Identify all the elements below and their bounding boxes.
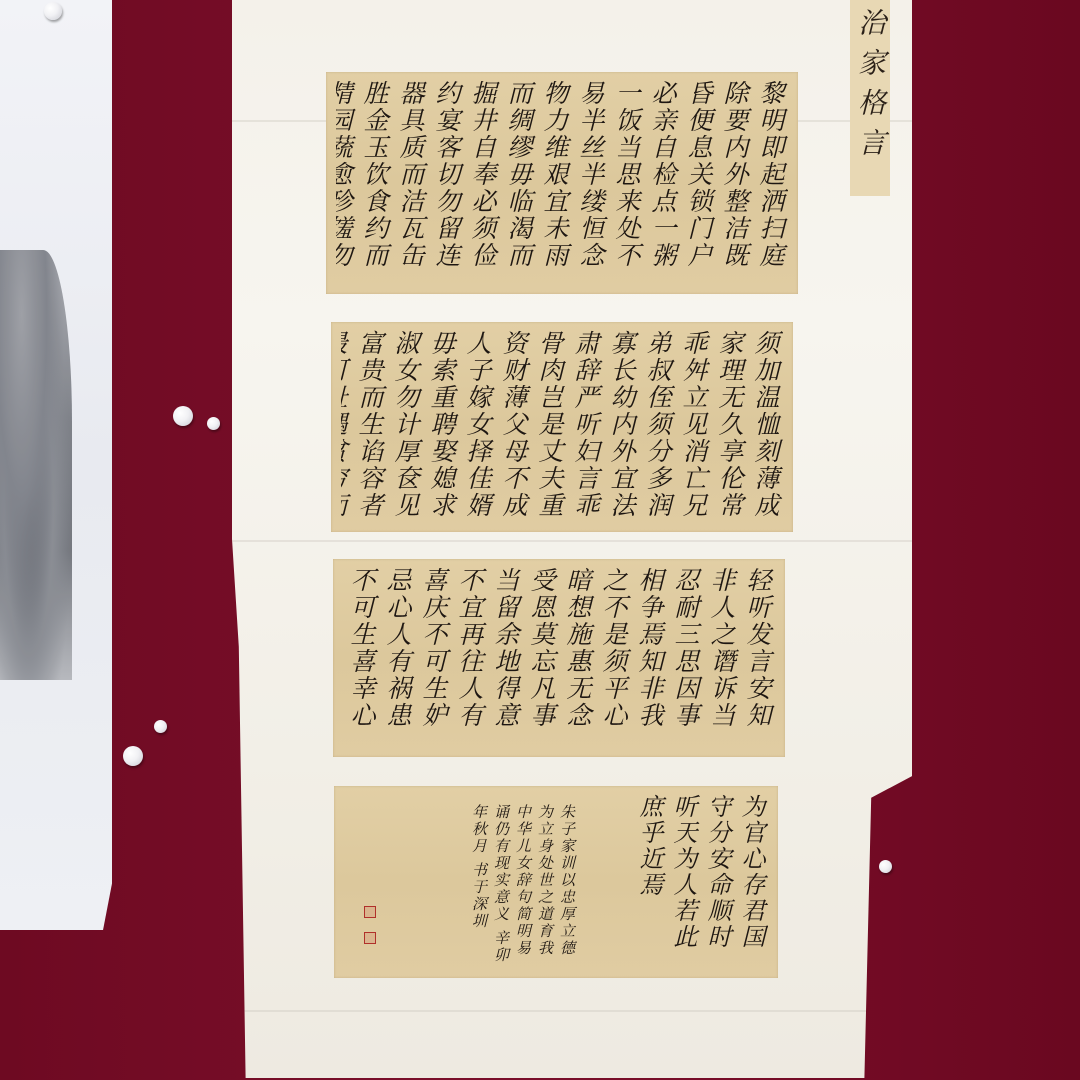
calligraphy-panel-2: 须加温恤刻薄成家理无久享伦常乖舛立见消亡兄弟叔侄须分多润寡长幼内外宜法肃辞严听妇… bbox=[331, 322, 793, 532]
panel-2-text: 须加温恤刻薄成家理无久享伦常乖舛立见消亡兄弟叔侄须分多润寡长幼内外宜法肃辞严听妇… bbox=[341, 330, 783, 524]
left-landscape-scroll bbox=[0, 0, 112, 930]
push-pin-left-1 bbox=[173, 406, 193, 426]
scroll-title-strip: 治家格言 bbox=[850, 0, 890, 196]
push-pin-left-2 bbox=[207, 417, 220, 430]
calligraphy-panel-1: 黎明即起洒扫庭除要内外整洁既昏便息关锁门户必亲自检点一粥一饭当思来处不易半丝半缕… bbox=[326, 72, 798, 294]
push-pin-left-4 bbox=[123, 746, 143, 766]
panel-1-text: 黎明即起洒扫庭除要内外整洁既昏便息关锁门户必亲自检点一粥一饭当思来处不易半丝半缕… bbox=[336, 80, 788, 286]
push-pin-top-left bbox=[44, 2, 62, 20]
calligraphy-panel-4: 为官心存君国守分安命顺时听天为人若此庶乎近焉 朱子家训以忠厚立德为立身处世之道育… bbox=[334, 786, 778, 978]
paper-crease bbox=[232, 540, 912, 542]
calligraphy-panel-3: 轻听发言安知非人之谮诉当忍耐三思因事相争焉知非我之不是须平心暗想施惠无念受恩莫忘… bbox=[333, 559, 785, 757]
artist-seal-2 bbox=[364, 932, 376, 944]
push-pin-left-3 bbox=[154, 720, 167, 733]
artist-seal-1 bbox=[364, 906, 376, 918]
push-pin-right bbox=[879, 860, 892, 873]
panel-4-colophon: 朱子家训以忠厚立德为立身处世之道育我中华儿女辞句简明易诵仍有现实意义 辛卯年秋月… bbox=[344, 804, 578, 970]
scroll-title: 治家格言 bbox=[850, 8, 890, 196]
ink-landscape-painting bbox=[0, 250, 72, 680]
panel-4-text: 为官心存君国守分安命顺时听天为人若此庶乎近焉 bbox=[594, 794, 768, 970]
panel-3-text: 轻听发言安知非人之谮诉当忍耐三思因事相争焉知非我之不是须平心暗想施惠无念受恩莫忘… bbox=[343, 567, 775, 749]
paper-crease bbox=[232, 1010, 912, 1012]
